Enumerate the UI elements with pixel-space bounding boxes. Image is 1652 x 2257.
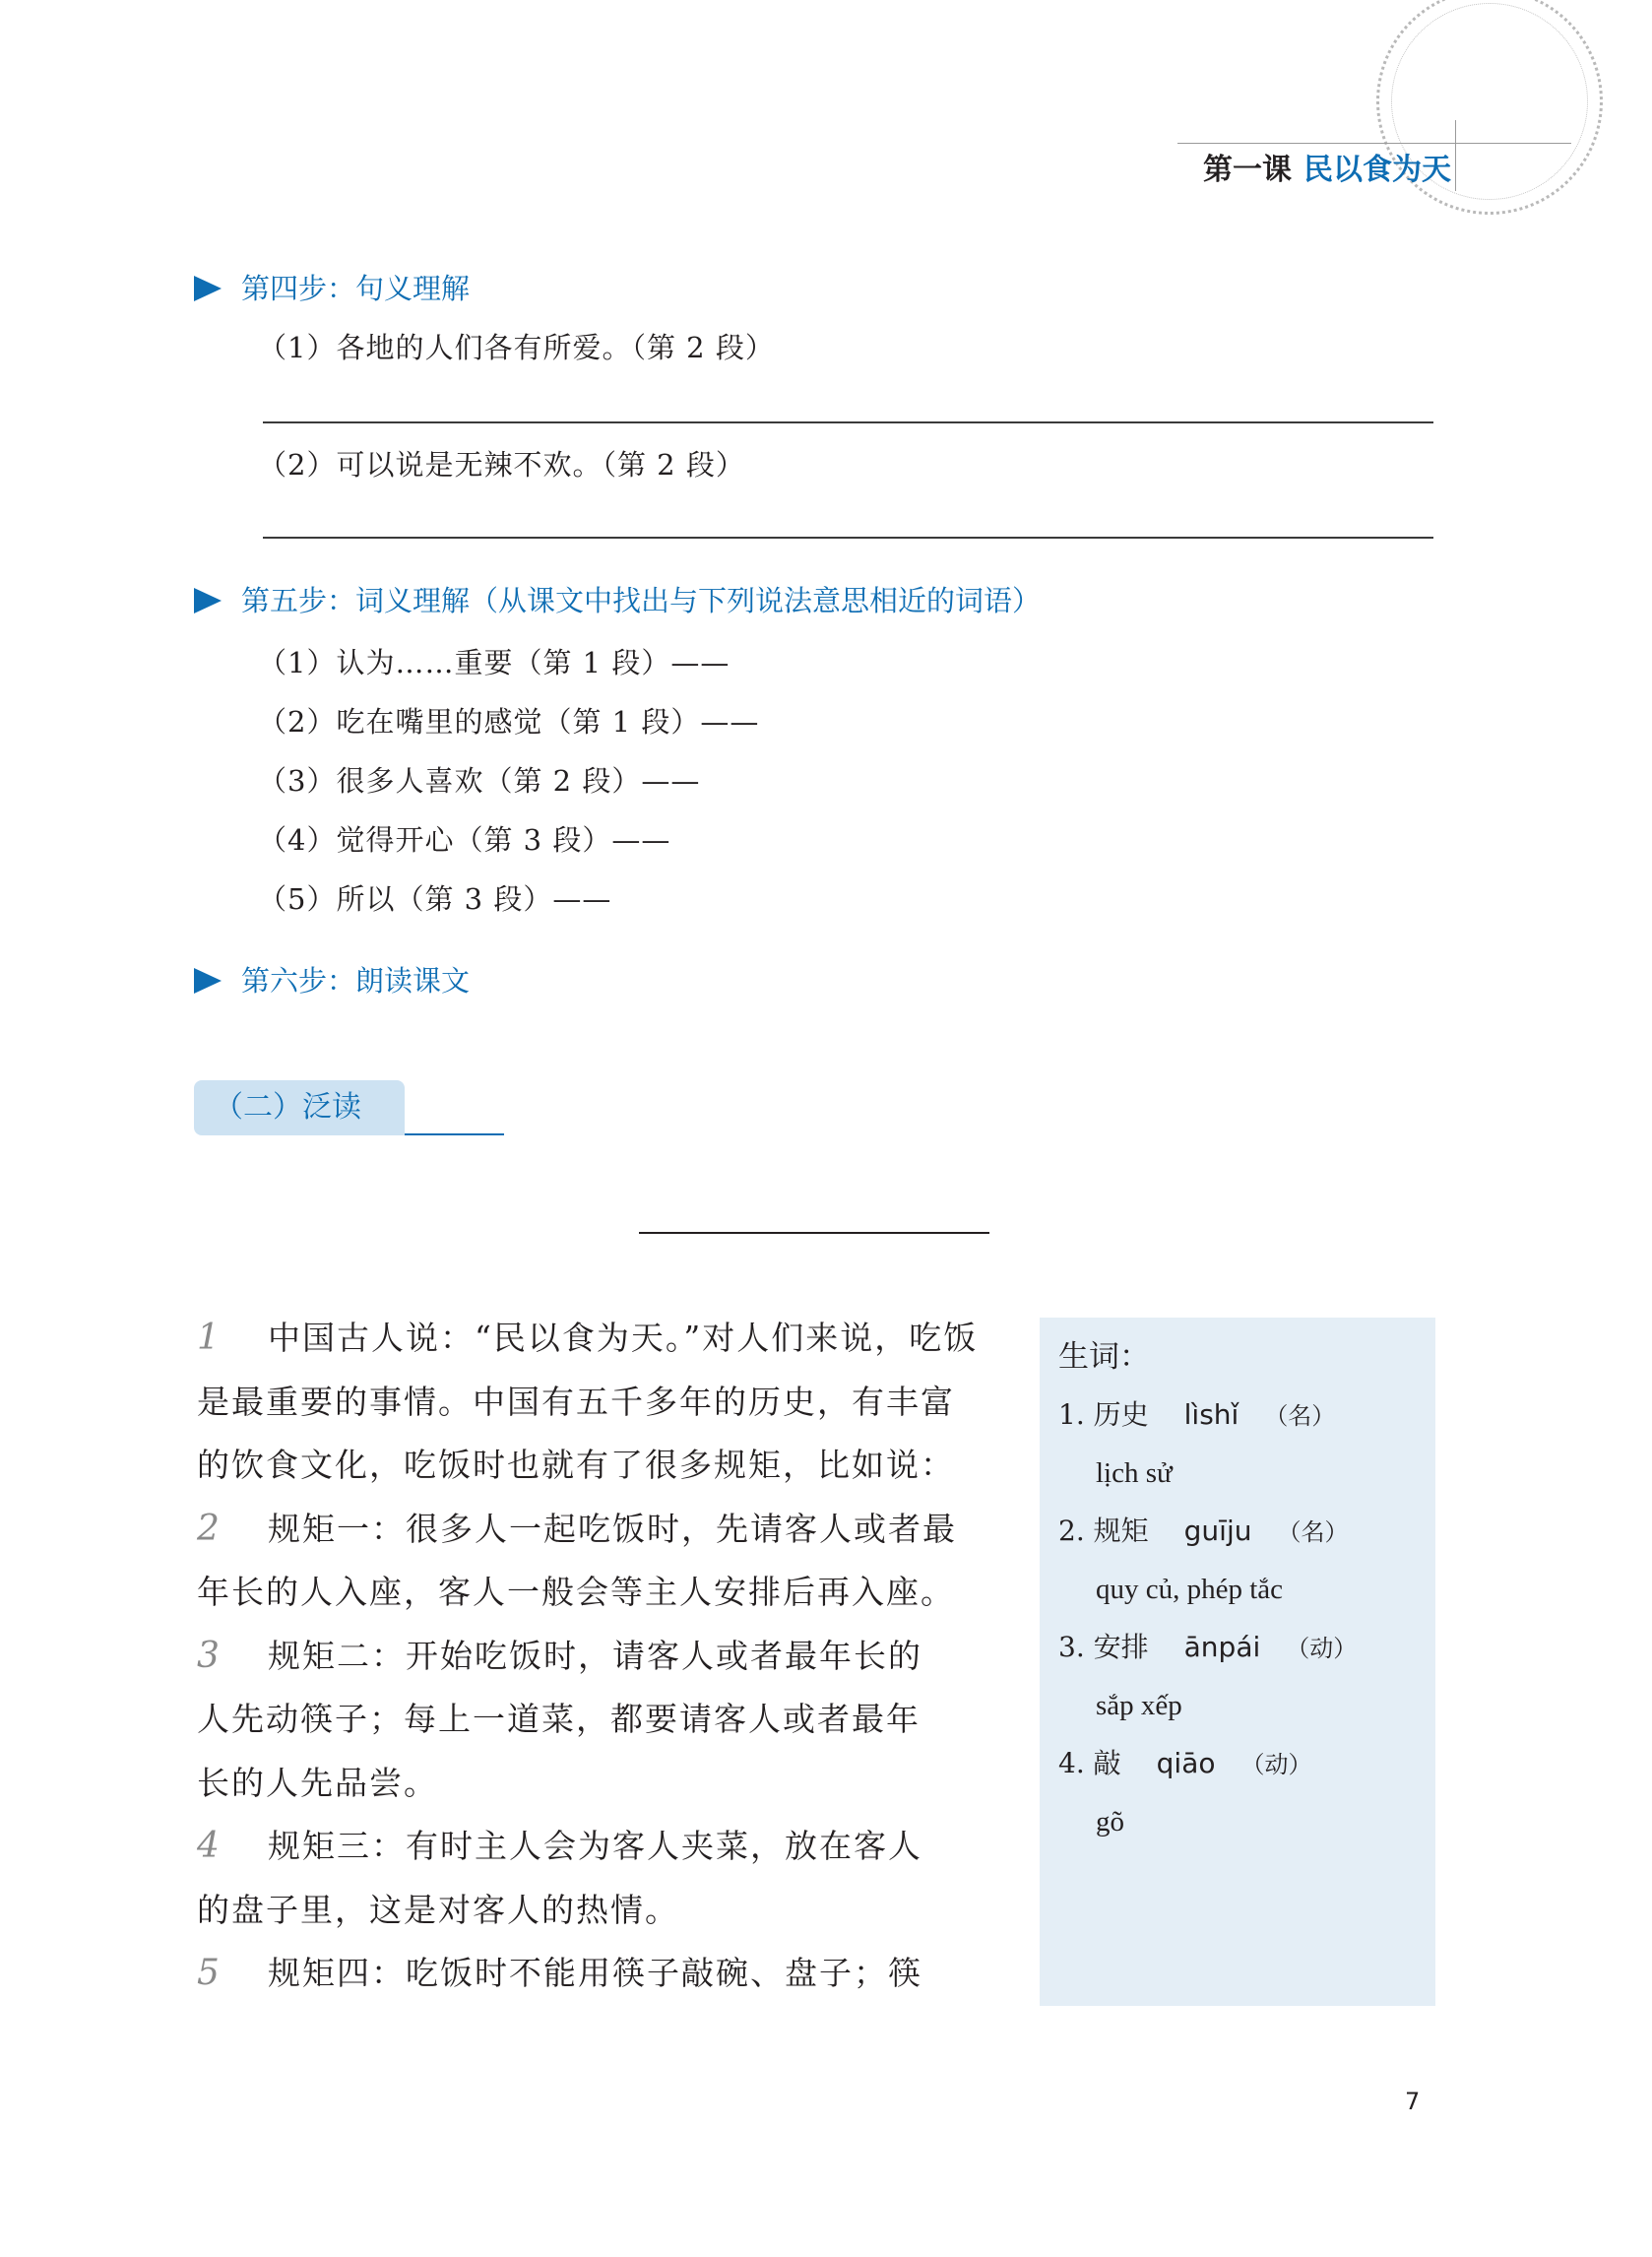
step5-item-3: （3）很多人喜欢（第 2 段）—— — [258, 761, 700, 801]
step4-heading: 第四步：句义理解 — [194, 271, 470, 306]
vocab-translation-3: sắp xếp — [1096, 1686, 1182, 1725]
step5-item-5: （5）所以（第 3 段）—— — [258, 879, 611, 919]
vocab-entry-4: 4. 敲qiāo（动） — [1058, 1744, 1311, 1784]
vocab-entry-3: 3. 安排ānpái（动） — [1058, 1628, 1357, 1668]
passage-text: 规矩三：有时主人会为客人夹菜，放在客人 — [268, 1827, 922, 1865]
vocab-pos: （动） — [1240, 1751, 1311, 1778]
vocab-word: 规矩 — [1094, 1515, 1149, 1547]
step5-item-1: （1）认为……重要（第 1 段）—— — [258, 643, 730, 682]
step5-heading-text: 第五步：词义理解（从课文中找出与下列说法意思相近的词语） — [241, 583, 1041, 618]
step6-heading-text: 第六步：朗读课文 — [241, 963, 470, 999]
passage-line: 4规矩三：有时主人会为客人夹菜，放在客人 — [197, 1815, 985, 1879]
vocab-word: 历史 — [1094, 1398, 1149, 1431]
passage-line: 5规矩四：吃饭时不能用筷子敲碗、盘子；筷 — [197, 1942, 985, 2006]
header-rule-vertical — [1455, 120, 1456, 191]
passage-text: 的饮食文化，吃饭时也就有了很多规矩，比如说： — [197, 1446, 955, 1484]
step5-heading: 第五步：词义理解（从课文中找出与下列说法意思相近的词语） — [194, 583, 1041, 618]
passage-text: 是最重要的事情。中国有五千多年的历史，有丰富 — [197, 1383, 955, 1421]
step4-item-2: （2）可以说是无辣不欢。（第 2 段） — [258, 445, 745, 484]
paragraph-number: 1 — [197, 1307, 268, 1371]
passage-line: 的盘子里，这是对客人的热情。 — [197, 1879, 985, 1943]
passage-text: 中国古人说：“民以食为天。”对人们来说，吃饭 — [268, 1319, 978, 1357]
vocab-pos: （名） — [1277, 1518, 1348, 1546]
lesson-title: 民以食为天 — [1303, 153, 1451, 187]
step5-item-2: （2）吃在嘴里的感觉（第 1 段）—— — [258, 702, 759, 742]
reading-passage: 1中国古人说：“民以食为天。”对人们来说，吃饭 是最重要的事情。中国有五千多年的… — [197, 1307, 985, 2006]
paragraph-number: 4 — [197, 1815, 268, 1879]
passage-text: 人先动筷子；每上一道菜，都要请客人或者最年 — [197, 1700, 921, 1738]
vocab-word: 敲 — [1094, 1747, 1121, 1779]
passage-title-blank[interactable] — [639, 1232, 989, 1234]
triangle-bullet-icon — [194, 968, 222, 994]
passage-text: 长的人先品尝。 — [197, 1764, 438, 1802]
vocab-translation-2: quy củ, phép tắc — [1096, 1570, 1283, 1609]
step5-item-4: （4）觉得开心（第 3 段）—— — [258, 820, 670, 860]
vocab-word: 安排 — [1094, 1631, 1149, 1663]
vocab-translation-4: gõ — [1096, 1802, 1124, 1841]
step4-heading-text: 第四步：句义理解 — [241, 271, 470, 306]
answer-line-1[interactable] — [263, 421, 1433, 423]
passage-line: 长的人先品尝。 — [197, 1752, 985, 1816]
running-header: 第一课民以食为天 — [1203, 154, 1451, 187]
passage-text: 规矩一：很多人一起吃饭时，先请客人或者最 — [268, 1510, 957, 1548]
vocab-pinyin: ānpái — [1184, 1631, 1261, 1663]
vocab-index: 1. — [1058, 1398, 1085, 1431]
page-number: 7 — [1405, 2088, 1420, 2115]
passage-line: 人先动筷子；每上一道菜，都要请客人或者最年 — [197, 1688, 985, 1752]
passage-line: 3规矩二：开始吃饭时，请客人或者最年长的 — [197, 1625, 985, 1689]
lesson-label: 第一课 — [1203, 153, 1292, 187]
vocab-entry-1: 1. 历史lìshǐ（名） — [1058, 1395, 1335, 1436]
paragraph-number: 2 — [197, 1498, 268, 1562]
paragraph-number: 3 — [197, 1625, 268, 1689]
vocab-entry-2: 2. 规矩guīju（名） — [1058, 1512, 1348, 1552]
passage-line: 的饮食文化，吃饭时也就有了很多规矩，比如说： — [197, 1434, 985, 1498]
vocab-pinyin: qiāo — [1157, 1747, 1216, 1779]
passage-text: 年长的人入座，客人一般会等主人安排后再入座。 — [197, 1573, 955, 1611]
vocab-index: 4. — [1058, 1747, 1085, 1779]
passage-text: 规矩二：开始吃饭时，请客人或者最年长的 — [268, 1637, 922, 1675]
triangle-bullet-icon — [194, 276, 222, 301]
passage-line: 年长的人入座，客人一般会等主人安排后再入座。 — [197, 1561, 985, 1625]
step6-heading: 第六步：朗读课文 — [194, 963, 470, 999]
section-tab-underline — [405, 1133, 504, 1135]
passage-text: 规矩四：吃饭时不能用筷子敲碗、盘子；筷 — [268, 1954, 922, 1992]
answer-line-2[interactable] — [263, 537, 1433, 539]
vocab-translation-1: lịch sử — [1096, 1453, 1173, 1493]
passage-line: 2规矩一：很多人一起吃饭时，先请客人或者最 — [197, 1498, 985, 1562]
passage-text: 的盘子里，这是对客人的热情。 — [197, 1891, 679, 1929]
header-rule-horizontal — [1177, 143, 1571, 144]
vocab-pinyin: guīju — [1184, 1515, 1252, 1547]
vocab-index: 2. — [1058, 1515, 1085, 1547]
vocab-pinyin: lìshǐ — [1184, 1398, 1239, 1431]
passage-line: 1中国古人说：“民以食为天。”对人们来说，吃饭 — [197, 1307, 985, 1371]
vocabulary-title: 生词： — [1058, 1337, 1150, 1377]
step4-item-1: （1）各地的人们各有所爱。（第 2 段） — [258, 328, 775, 367]
paragraph-number: 5 — [197, 1942, 268, 2006]
triangle-bullet-icon — [194, 588, 222, 613]
passage-line: 是最重要的事情。中国有五千多年的历史，有丰富 — [197, 1371, 985, 1435]
vocab-pos: （名） — [1264, 1402, 1335, 1430]
vocab-pos: （动） — [1286, 1635, 1357, 1662]
section-tab-extensive-reading: （二）泛读 — [194, 1080, 405, 1135]
vocab-index: 3. — [1058, 1631, 1085, 1663]
